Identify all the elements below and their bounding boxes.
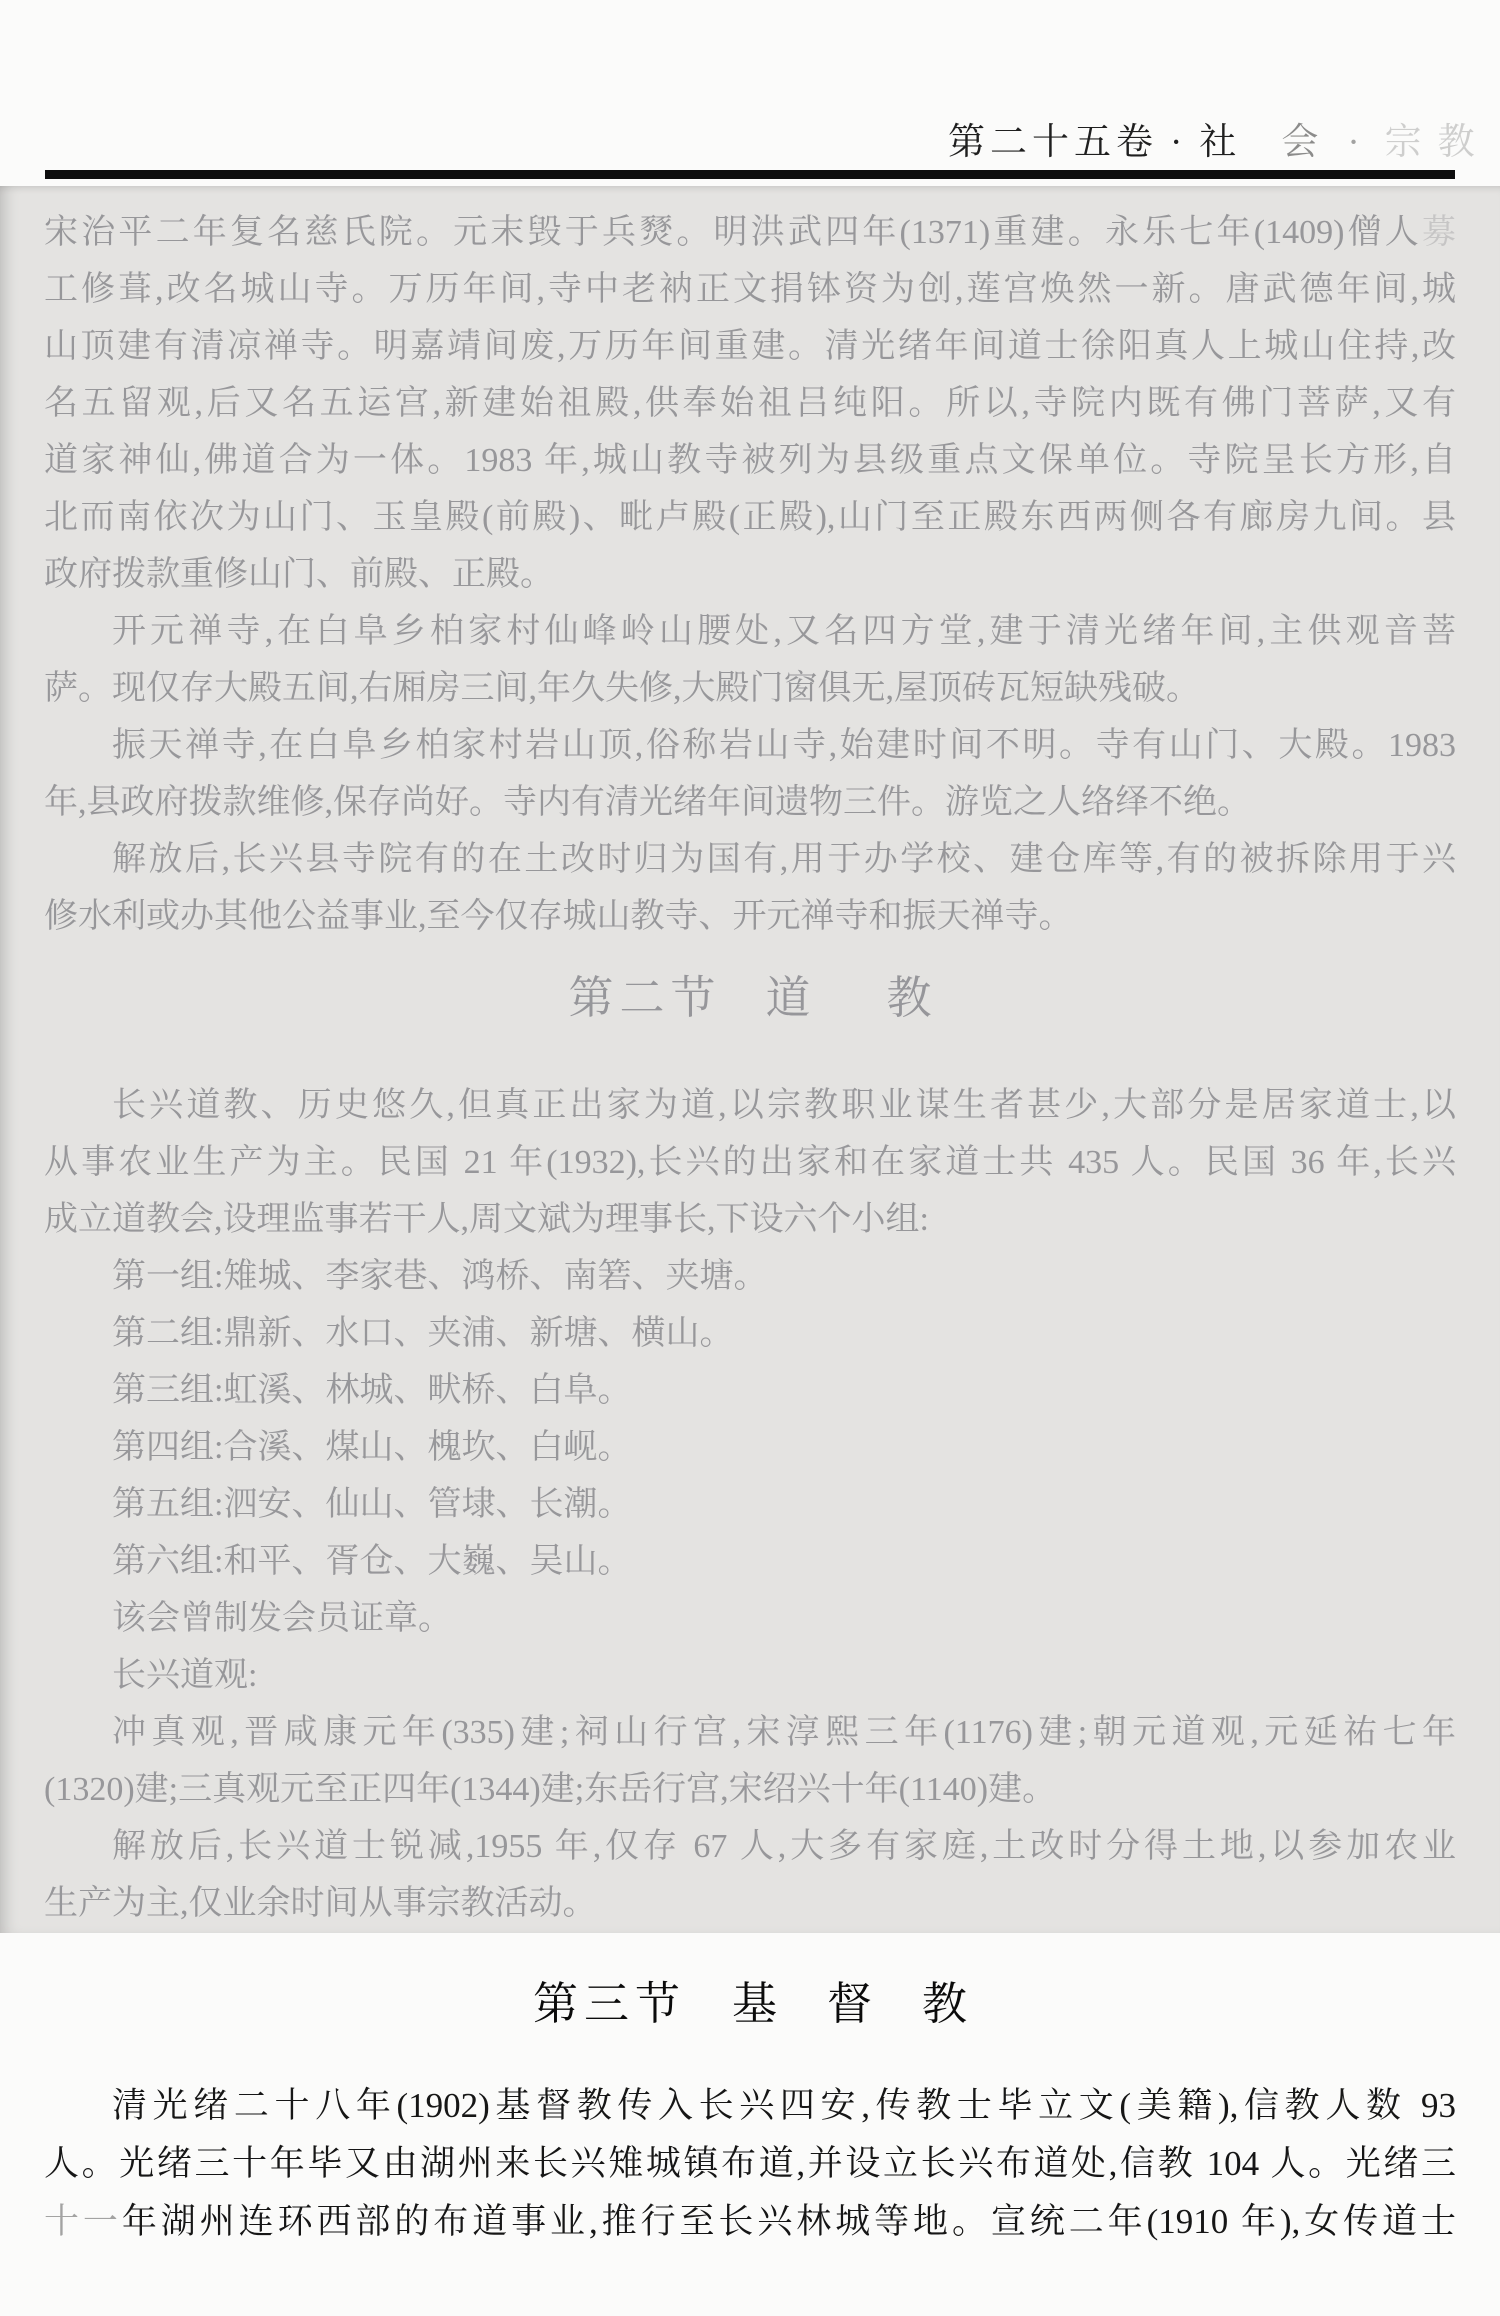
header-chapter-name-faded: 宗教 [1385,122,1491,163]
text-line: 政府拨款重修山门、前殿、正殿。 [44,546,1456,603]
section-title-christianity: 基督教 [732,1979,1017,2029]
faded-print-text: 十一 [44,2202,122,2241]
list-line-group-4: 第四组:合溪、煤山、槐坎、白岘。 [44,1419,1456,1476]
header-word-hui-faded: 会 [1281,122,1323,163]
line-taoist-temples-label: 长兴道观: [44,1647,1456,1704]
list-line-group-2: 第二组:鼎新、水口、夹浦、新塘、横山。 [44,1305,1456,1362]
text-line: 第三组:虹溪、林城、畎桥、白阜。 [44,1362,1456,1419]
line-member-badge: 该会曾制发会员证章。 [44,1590,1456,1647]
text-line: 解放后,长兴道士锐减,1955 年,仅存 67 人,大多有家庭,土改时分得土地,… [44,1818,1456,1875]
scanned-gray-region: 宋治平二年复名慈氏院。元末毁于兵燹。明洪武四年(1371)重建。永乐七年(140… [0,186,1500,1933]
section-number-label: 第二节 [568,973,721,1023]
text-line: 萨。现仅存大殿五间,右厢房三间,年久失修,大殿门窗俱无,屋顶砖瓦短缺残破。 [44,660,1456,717]
text-line: 工修葺,改名城山寺。万历年间,寺中老衲正文捐钵资为创,莲宫焕然一新。唐武德年间,… [44,261,1456,318]
section-heading-taoism: 第二节道教 [44,967,1456,1029]
text-line: 冲真观,晋咸康元年(335)建;祠山行宫,宋淳熙三年(1176)建;朝元道观,元… [44,1704,1456,1761]
text-line: 北而南依次为山门、玉皇殿(前殿)、毗卢殿(正殿),山门至正殿东西两侧各有廊房九间… [44,489,1456,546]
text-line: 开元禅寺,在白阜乡柏家村仙峰岭山腰处,又名四方堂,建于清光绪年间,主供观音菩 [44,603,1456,660]
text-line: 道家神仙,佛道合为一体。1983 年,城山教寺被列为县级重点文保单位。寺院呈长方… [44,432,1456,489]
paragraph-kaiyuan-temple: 开元禅寺,在白阜乡柏家村仙峰岭山腰处,又名四方堂,建于清光绪年间,主供观音菩萨。… [44,603,1456,717]
paragraph-christianity-intro: 清光绪二十八年(1902)基督教传入长兴四安,传教士毕立文(美籍),信教人数 9… [44,2077,1456,2251]
text-line: 人。光绪三十年毕又由湖州来长兴雉城镇布道,并设立长兴布道处,信教 104 人。光… [44,2135,1456,2193]
text-line: 第二组:鼎新、水口、夹浦、新塘、横山。 [44,1305,1456,1362]
text-line: 从事农业生产为主。民国 21 年(1932),长兴的出家和在家道士共 435 人… [44,1134,1456,1191]
text-line: 宋治平二年复名慈氏院。元末毁于兵燹。明洪武四年(1371)重建。永乐七年(140… [44,204,1456,261]
header-word-she: 社 [1199,122,1241,163]
header-separator-dot: · [1170,122,1187,163]
bottom-white-region: 第三节基督教 清光绪二十八年(1902)基督教传入长兴四安,传教士毕立文(美籍)… [0,1933,1500,2316]
list-line-group-5: 第五组:泗安、仙山、管埭、长潮。 [44,1476,1456,1533]
header-separator-dot-2: · [1347,122,1364,163]
text-line: 振天禅寺,在白阜乡柏家村岩山顶,俗称岩山寺,始建时间不明。寺有山门、大殿。198… [44,717,1456,774]
text-line: 成立道教会,设理监事若干人,周文斌为理事长,下设六个小组: [44,1191,1456,1248]
text-line: (1320)建;三真观元至正四年(1344)建;东岳行宫,宋绍兴十年(1140)… [44,1761,1456,1818]
text-line: 长兴道教、历史悠久,但真正出家为道,以宗教职业谋生者甚少,大部分是居家道士,以 [44,1077,1456,1134]
list-line-group-3: 第三组:虹溪、林城、畎桥、白阜。 [44,1362,1456,1419]
text-line: 第五组:泗安、仙山、管埭、长潮。 [44,1476,1456,1533]
paragraph-zhentian-temple: 振天禅寺,在白阜乡柏家村岩山顶,俗称岩山寺,始建时间不明。寺有山门、大殿。198… [44,717,1456,831]
section-number-label: 第三节 [533,1979,686,2029]
list-line-group-6: 第六组:和平、胥仓、大巍、吴山。 [44,1533,1456,1590]
text-line: 山顶建有清凉禅寺。明嘉靖间废,万历年间重建。清光绪年间道士徐阳真人上城山住持,改 [44,318,1456,375]
scanned-book-page: 第二十五卷·社会·宗教 宋治平二年复名慈氏院。元末毁于兵燹。明洪武四年(1371… [0,0,1500,2316]
text-line: 十一年湖州连环西部的布道事业,推行至长兴林城等地。宣统二年(1910 年),女传… [44,2193,1456,2251]
section-title-taoism: 道教 [766,973,1008,1023]
text-line: 生产为主,仅业余时间从事宗教活动。 [44,1875,1456,1932]
header-volume-title: 第二十五卷 [948,122,1158,163]
text-line: 长兴道观: [44,1647,1456,1704]
text-line: 第一组:雉城、李家巷、鸿桥、南箬、夹塘。 [44,1248,1456,1305]
header-rule [45,170,1455,179]
list-line-group-1: 第一组:雉城、李家巷、鸿桥、南箬、夹塘。 [44,1248,1456,1305]
paragraph-taoism-intro: 长兴道教、历史悠久,但真正出家为道,以宗教职业谋生者甚少,大部分是居家道士,以从… [44,1077,1456,1248]
paragraph-taoism-after-liberation: 解放后,长兴道士锐减,1955 年,仅存 67 人,大多有家庭,土改时分得土地,… [44,1818,1456,1932]
text-line: 清光绪二十八年(1902)基督教传入长兴四安,传教士毕立文(美籍),信教人数 9… [44,2077,1456,2135]
text-line: 年,县政府拨款维修,保存尚好。寺内有清光绪年间遗物三件。游览之人络绎不绝。 [44,774,1456,831]
section-heading-christianity: 第三节基督教 [44,1973,1456,2035]
text-line: 第六组:和平、胥仓、大巍、吴山。 [44,1533,1456,1590]
paragraph-taoist-temples: 冲真观,晋咸康元年(335)建;祠山行宫,宋淳熙三年(1176)建;朝元道观,元… [44,1704,1456,1818]
faded-print-text: 募 [1422,214,1456,251]
text-line: 该会曾制发会员证章。 [44,1590,1456,1647]
paragraph-chengshan-temple: 宋治平二年复名慈氏院。元末毁于兵燹。明洪武四年(1371)重建。永乐七年(140… [44,204,1456,603]
text-line: 第四组:合溪、煤山、槐坎、白岘。 [44,1419,1456,1476]
text-line: 解放后,长兴县寺院有的在土改时归为国有,用于办学校、建仓库等,有的被拆除用于兴 [44,831,1456,888]
paragraph-buddhism-after-liberation: 解放后,长兴县寺院有的在土改时归为国有,用于办学校、建仓库等,有的被拆除用于兴修… [44,831,1456,945]
running-header: 第二十五卷·社会·宗教 [948,122,1491,164]
text-line: 名五留观,后又名五运宫,新建始祖殿,供奉始祖吕纯阳。所以,寺院内既有佛门菩萨,又… [44,375,1456,432]
text-line: 修水利或办其他公益事业,至今仅存城山教寺、开元禅寺和振天禅寺。 [44,888,1456,945]
